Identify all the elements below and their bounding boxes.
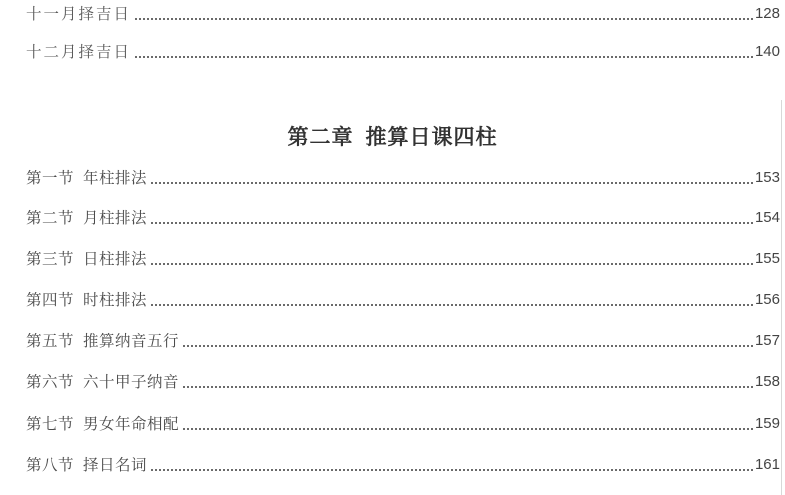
toc-section-entry[interactable]: 第五节推算纳音五行 157 — [26, 327, 780, 351]
dot-leader — [183, 344, 753, 347]
section-number: 第三节 — [26, 250, 74, 268]
section-page: 161 — [755, 455, 780, 475]
section-number: 第四节 — [26, 291, 74, 309]
dot-leader — [151, 262, 753, 265]
toc-entry[interactable]: 十一月择吉日 128 — [26, 0, 780, 24]
toc-entry-page: 128 — [755, 4, 780, 24]
section-title: 年柱排法 — [83, 169, 147, 187]
section-number: 第一节 — [26, 169, 74, 187]
section-page: 153 — [755, 168, 780, 188]
section-title: 时柱排法 — [83, 291, 147, 309]
toc-entry-page: 140 — [755, 42, 780, 62]
dot-leader — [151, 221, 753, 224]
dot-leader — [151, 303, 753, 306]
section-number: 第七节 — [26, 415, 74, 433]
section-number: 第六节 — [26, 373, 74, 391]
dot-leader — [183, 427, 753, 430]
section-title: 男女年命相配 — [83, 415, 179, 433]
section-number: 第二节 — [26, 209, 74, 227]
section-title: 推算纳音五行 — [83, 332, 179, 350]
chapter-heading: 第二章推算日课四柱 — [0, 121, 785, 151]
section-number: 第八节 — [26, 456, 74, 474]
toc-entry-title: 十一月择吉日 — [26, 4, 131, 24]
toc-page: 十一月择吉日 128 十二月择吉日 140 第二章推算日课四柱 第一节年柱排法 … — [0, 0, 785, 495]
toc-section-entry[interactable]: 第八节择日名词 161 — [26, 451, 780, 475]
toc-section-entry[interactable]: 第七节男女年命相配 159 — [26, 410, 780, 434]
section-title: 日柱排法 — [83, 250, 147, 268]
section-title: 月柱排法 — [83, 209, 147, 227]
toc-entry-title: 十二月择吉日 — [26, 42, 131, 62]
chapter-number: 第二章 — [288, 125, 354, 149]
section-page: 157 — [755, 331, 780, 351]
section-page: 155 — [755, 249, 780, 269]
section-page: 158 — [755, 372, 780, 392]
toc-section-entry[interactable]: 第六节六十甲子纳音 158 — [26, 368, 780, 392]
section-number: 第五节 — [26, 332, 74, 350]
chapter-title-text: 推算日课四柱 — [366, 125, 498, 149]
section-page: 154 — [755, 208, 780, 228]
page-edge-line — [781, 100, 782, 495]
toc-entry[interactable]: 十二月择吉日 140 — [26, 38, 780, 62]
dot-leader — [151, 181, 753, 184]
toc-section-entry[interactable]: 第二节月柱排法 154 — [26, 204, 780, 228]
dot-leader — [151, 468, 753, 471]
section-page: 159 — [755, 414, 780, 434]
toc-section-entry[interactable]: 第四节时柱排法 156 — [26, 286, 780, 310]
dot-leader — [135, 17, 753, 20]
section-title: 择日名词 — [83, 456, 147, 474]
toc-section-entry[interactable]: 第三节日柱排法 155 — [26, 245, 780, 269]
section-title: 六十甲子纳音 — [83, 373, 179, 391]
toc-section-entry[interactable]: 第一节年柱排法 153 — [26, 164, 780, 188]
dot-leader — [183, 385, 753, 388]
dot-leader — [135, 55, 753, 58]
section-page: 156 — [755, 290, 780, 310]
